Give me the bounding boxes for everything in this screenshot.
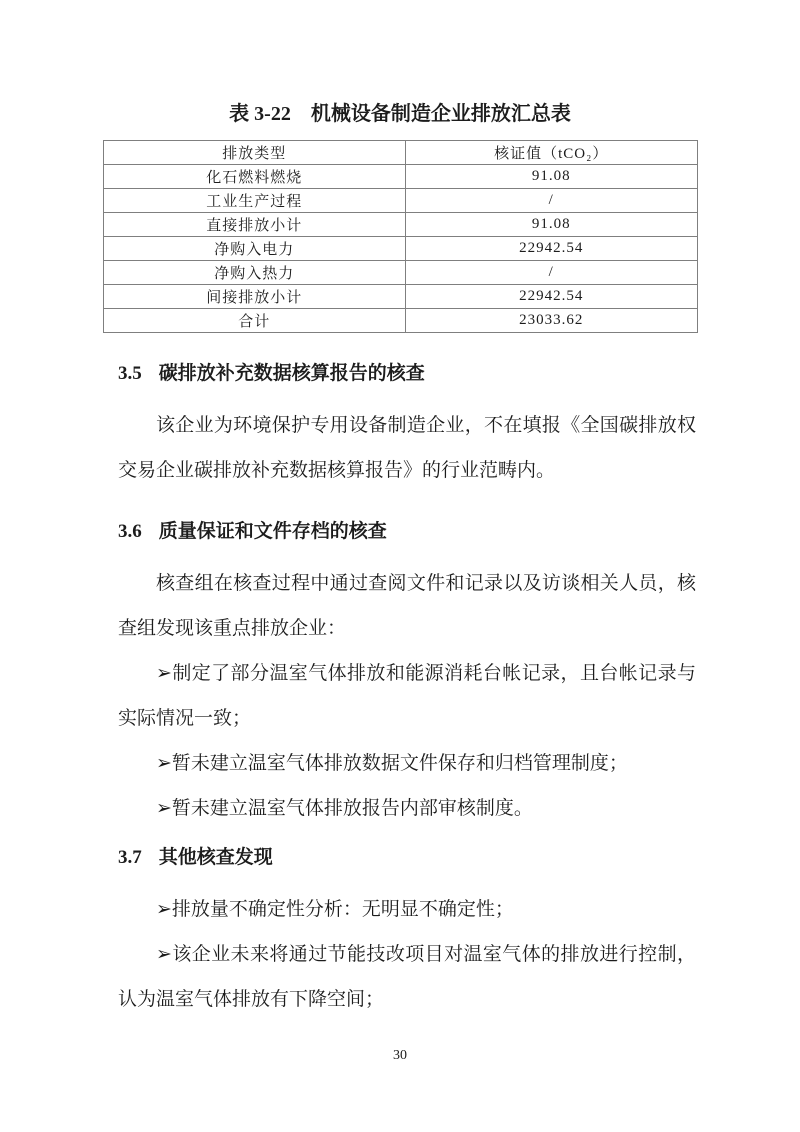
table-caption: 表 3-22 机械设备制造企业排放汇总表 bbox=[0, 0, 800, 128]
document-body: 3.5碳排放补充数据核算报告的核查 该企业为环境保护专用设备制造企业，不在填报《… bbox=[118, 361, 696, 1022]
emissions-summary-table: 排放类型 核证值（tCO₂） 化石燃料燃烧 91.08 工业生产过程 / 直接排… bbox=[103, 140, 698, 333]
cell-verified-value: 22942.54 bbox=[405, 285, 697, 309]
table-row: 净购入电力 22942.54 bbox=[103, 237, 697, 261]
table-row: 间接排放小计 22942.54 bbox=[103, 285, 697, 309]
table-header-row: 排放类型 核证值（tCO₂） bbox=[103, 141, 697, 165]
column-header-verified-value: 核证值（tCO₂） bbox=[405, 141, 697, 165]
section-heading-3-7: 3.7其他核查发现 bbox=[118, 845, 696, 871]
cell-verified-value: 91.08 bbox=[405, 165, 697, 189]
section-number: 3.7 bbox=[118, 847, 142, 868]
section-title: 碳排放补充数据核算报告的核查 bbox=[159, 363, 425, 384]
cell-verified-value: / bbox=[405, 261, 697, 285]
table-row: 工业生产过程 / bbox=[103, 189, 697, 213]
section-title: 其他核查发现 bbox=[159, 847, 273, 868]
paragraph: 核查组在核查过程中通过查阅文件和记录以及访谈相关人员，核查组发现该重点排放企业： bbox=[118, 561, 696, 651]
cell-verified-value: 23033.62 bbox=[405, 309, 697, 333]
document-page: 表 3-22 机械设备制造企业排放汇总表 排放类型 核证值（tCO₂） 化石燃料… bbox=[0, 0, 800, 1132]
cell-emission-type: 净购入电力 bbox=[103, 237, 405, 261]
section-title: 质量保证和文件存档的核查 bbox=[159, 521, 387, 542]
section-heading-3-5: 3.5碳排放补充数据核算报告的核查 bbox=[118, 361, 696, 387]
bullet-item: ➢暂未建立温室气体排放数据文件保存和归档管理制度； bbox=[118, 741, 696, 786]
bullet-item: ➢该企业未来将通过节能技改项目对温室气体的排放进行控制，认为温室气体排放有下降空… bbox=[118, 932, 696, 1022]
bullet-item: ➢排放量不确定性分析：无明显不确定性； bbox=[118, 887, 696, 932]
bullet-item: ➢暂未建立温室气体排放报告内部审核制度。 bbox=[118, 786, 696, 831]
table-row: 化石燃料燃烧 91.08 bbox=[103, 165, 697, 189]
cell-verified-value: / bbox=[405, 189, 697, 213]
cell-emission-type: 合计 bbox=[103, 309, 405, 333]
cell-emission-type: 化石燃料燃烧 bbox=[103, 165, 405, 189]
cell-emission-type: 间接排放小计 bbox=[103, 285, 405, 309]
column-header-emission-type: 排放类型 bbox=[103, 141, 405, 165]
cell-verified-value: 91.08 bbox=[405, 213, 697, 237]
section-number: 3.6 bbox=[118, 521, 142, 542]
table-row: 净购入热力 / bbox=[103, 261, 697, 285]
bullet-item: ➢制定了部分温室气体排放和能源消耗台帐记录，且台帐记录与实际情况一致； bbox=[118, 651, 696, 741]
paragraph: 该企业为环境保护专用设备制造企业，不在填报《全国碳排放权交易企业碳排放补充数据核… bbox=[118, 403, 696, 493]
section-heading-3-6: 3.6质量保证和文件存档的核查 bbox=[118, 519, 696, 545]
cell-emission-type: 工业生产过程 bbox=[103, 189, 405, 213]
cell-emission-type: 直接排放小计 bbox=[103, 213, 405, 237]
page-number: 30 bbox=[0, 1046, 800, 1066]
section-number: 3.5 bbox=[118, 363, 142, 384]
cell-verified-value: 22942.54 bbox=[405, 237, 697, 261]
table-row: 合计 23033.62 bbox=[103, 309, 697, 333]
table-row: 直接排放小计 91.08 bbox=[103, 213, 697, 237]
cell-emission-type: 净购入热力 bbox=[103, 261, 405, 285]
